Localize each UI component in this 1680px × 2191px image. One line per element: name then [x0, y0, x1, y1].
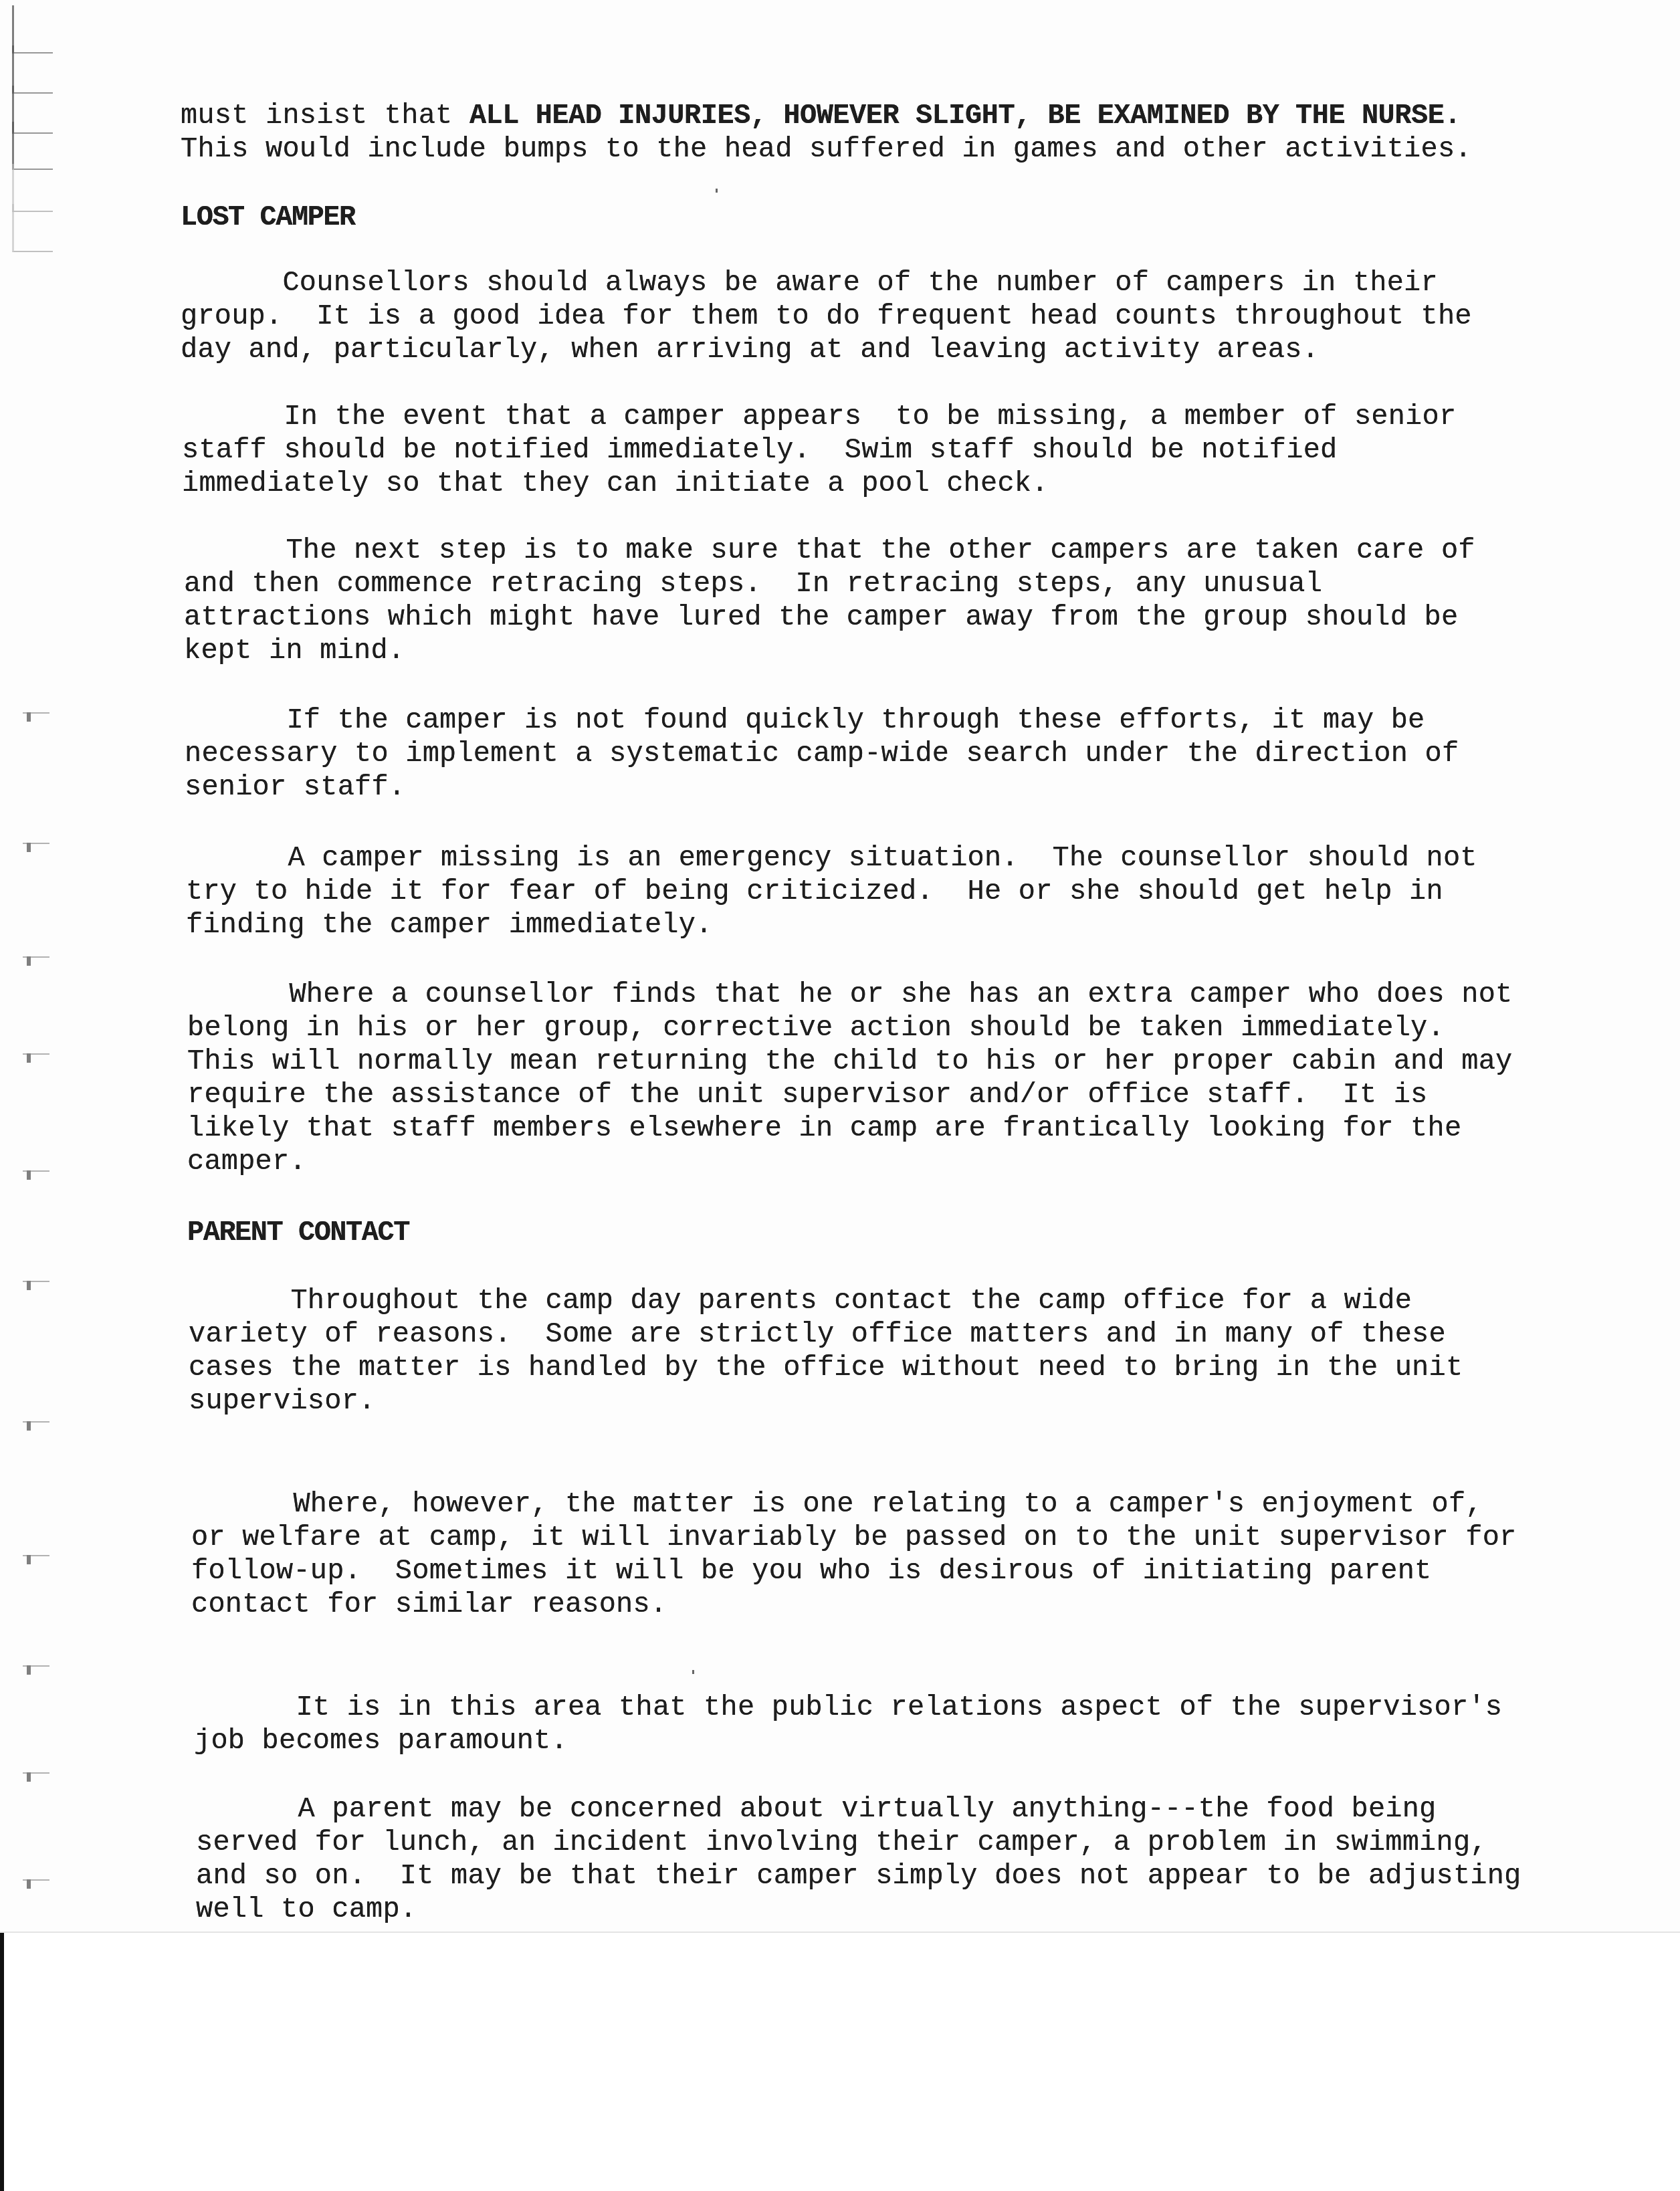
intro-line: This would include bumps to the head suf… [181, 132, 1472, 166]
binder-hole-mark [12, 204, 53, 252]
paragraph-line: and so on. It may be that their camper s… [196, 1859, 1521, 1893]
paragraph-line: A parent may be concerned about virtuall… [196, 1792, 1437, 1826]
paragraph-line: require the assistance of the unit super… [187, 1078, 1428, 1112]
paragraph-line: This will normally mean returning the ch… [187, 1045, 1513, 1078]
scan-speck [692, 1670, 694, 1674]
section-heading: PARENT CONTACT [187, 1216, 409, 1249]
binder-tab-mark [23, 1535, 49, 1556]
paragraph-line: In the event that a camper appears to be… [182, 400, 1456, 433]
paragraph-line: necessary to implement a systematic camp… [185, 737, 1459, 770]
paragraph-line: variety of reasons. Some are strictly of… [189, 1318, 1446, 1351]
paragraph-line: belong in his or her group, corrective a… [187, 1011, 1445, 1045]
paragraph-line: The next step is to make sure that the o… [184, 534, 1475, 567]
paragraph-line: kept in mind. [184, 634, 405, 667]
paragraph-line: try to hide it for fear of being critici… [186, 875, 1443, 908]
intro-text: must insist that [181, 100, 469, 132]
paragraph-line: or welfare at camp, it will invariably b… [191, 1521, 1517, 1554]
paragraph-line: If the camper is not found quickly throu… [185, 704, 1425, 737]
scan-edge-strip [0, 1933, 4, 2191]
paragraph-line: Counsellors should always be aware of th… [181, 266, 1438, 300]
binder-tab-mark [23, 1261, 49, 1282]
paragraph-line: likely that staff members elsewhere in c… [187, 1112, 1461, 1145]
scan-speck [716, 189, 718, 193]
binder-tab-mark [23, 1859, 49, 1881]
paragraph-line: group. It is a good idea for them to do … [181, 300, 1472, 333]
paragraph-line: staff should be notified immediately. Sw… [182, 433, 1337, 467]
section-heading: LOST CAMPER [181, 201, 355, 234]
paragraph-line: A camper missing is an emergency situati… [186, 841, 1477, 875]
paragraph-line: Where a counsellor finds that he or she … [187, 978, 1513, 1011]
scanned-page: must insist that ALL HEAD INJURIES, HOWE… [0, 0, 1680, 1933]
paragraph-line: job becomes paramount. [194, 1724, 568, 1758]
paragraph-line: Throughout the camp day parents contact … [189, 1284, 1412, 1318]
emphasized-warning: ALL HEAD INJURIES, HOWEVER SLIGHT, BE EX… [469, 100, 1461, 132]
binder-tab-mark [23, 1645, 49, 1667]
paragraph-line: camper. [187, 1145, 306, 1178]
paragraph-line: contact for similar reasons. [191, 1588, 667, 1621]
paragraph-line: supervisor. [189, 1384, 375, 1418]
paragraph-line: and then commence retracing steps. In re… [184, 567, 1322, 601]
paragraph-line: follow-up. Sometimes it will be you who … [191, 1554, 1432, 1588]
paragraph-line: finding the camper immediately. [186, 908, 713, 942]
binder-tab-mark [23, 692, 49, 714]
binder-tab-mark [23, 1752, 49, 1774]
paragraph-line: cases the matter is handled by the offic… [189, 1351, 1463, 1384]
binder-tab-mark [23, 1033, 49, 1055]
paragraph-line: attractions which might have lured the c… [184, 601, 1458, 634]
binder-tab-mark [23, 1150, 49, 1172]
paragraph-line: immediately so that they can initiate a … [182, 467, 1049, 500]
binder-tab-mark [23, 823, 49, 844]
binder-tab-mark [23, 936, 49, 958]
binder-tab-mark [23, 1401, 49, 1423]
paragraph-line: day and, particularly, when arriving at … [181, 333, 1319, 367]
intro-text: This would include bumps to the head suf… [181, 133, 1472, 165]
paragraph-line: It is in this area that the public relat… [194, 1691, 1502, 1724]
intro-line: must insist that ALL HEAD INJURIES, HOWE… [181, 99, 1461, 132]
binder-hole-mark [12, 122, 53, 170]
paragraph-line: served for lunch, an incident involving … [196, 1826, 1487, 1859]
paragraph-line: senior staff. [185, 770, 405, 804]
paragraph-line: well to camp. [196, 1893, 417, 1926]
paragraph-line: Where, however, the matter is one relati… [191, 1487, 1483, 1521]
